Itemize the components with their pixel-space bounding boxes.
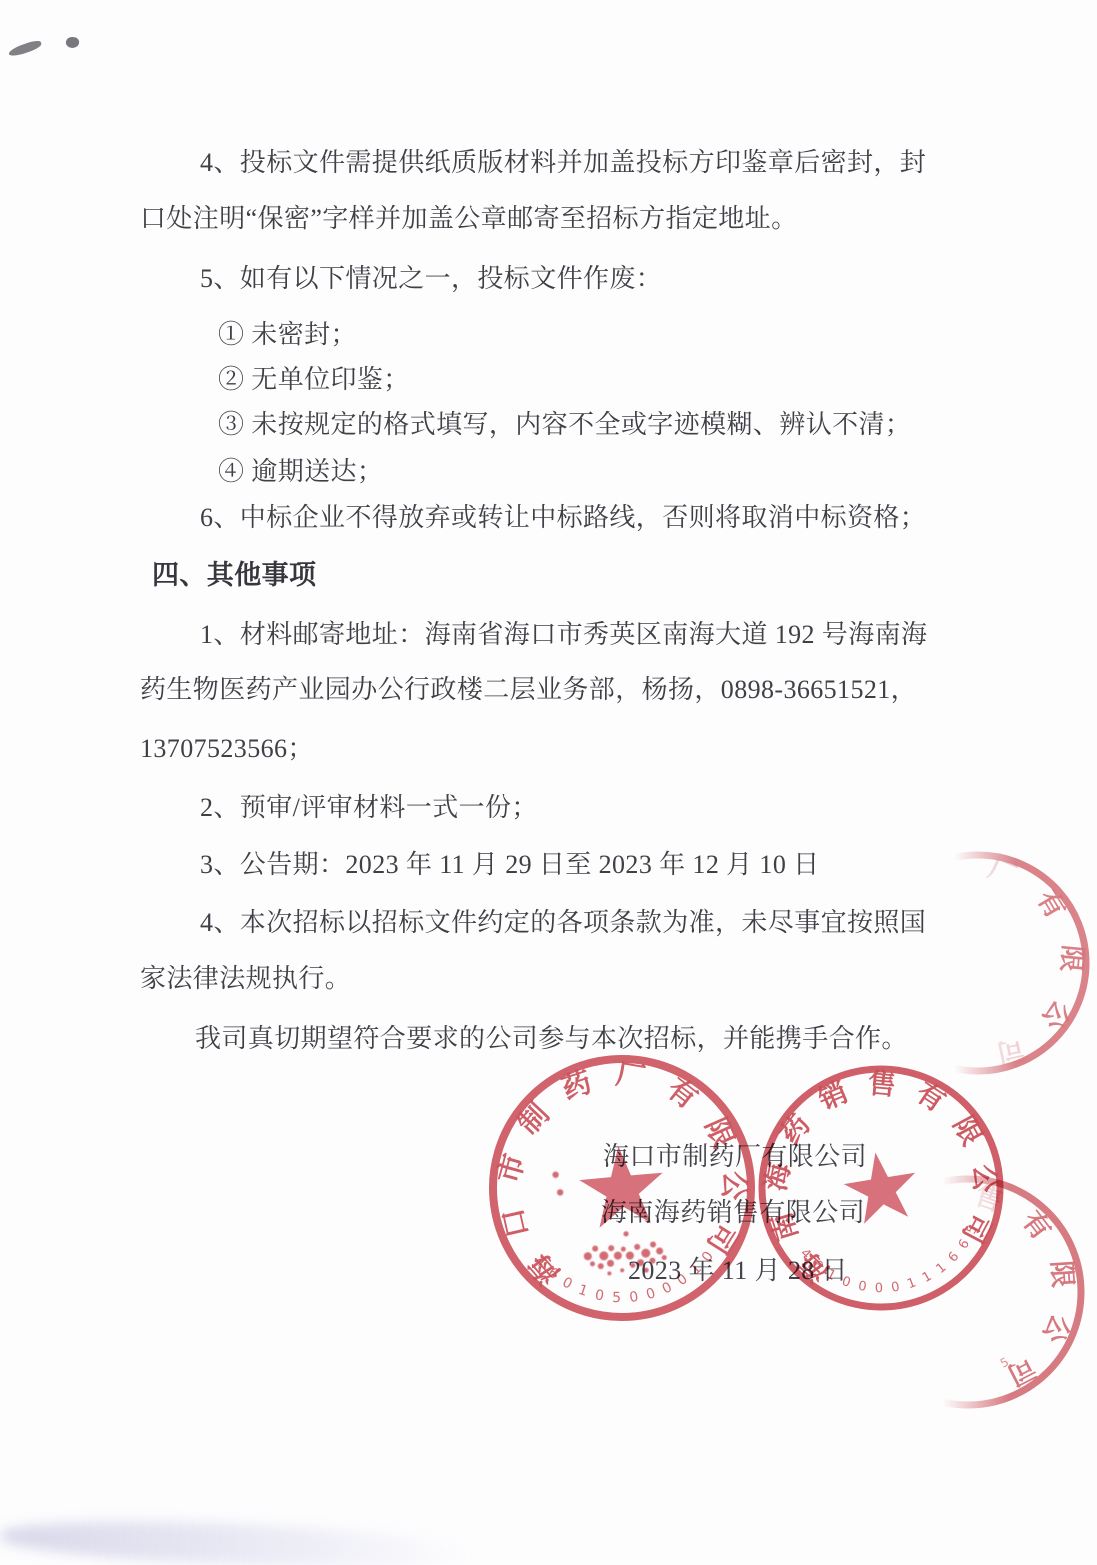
other-item-1-line-1: 1、材料邮寄地址：海南省海口市秀英区南海大道 192 号海南海 (200, 618, 927, 652)
list-item-2: ② 无单位印鉴； (218, 363, 410, 397)
svg-text:售有限公司: 售有限公司 (971, 1179, 1080, 1401)
section-heading: 四、其他事项 (152, 558, 316, 592)
company-seal-right: 海南海药销售有限公司 4610000111665 (735, 1042, 1028, 1335)
signature-company-1: 海口市制药厂有限公司 (603, 1140, 867, 1174)
list-item-3: ③ 未按规定的格式填写，内容不全或字迹模糊、辨认不清； (218, 408, 911, 442)
other-item-1-line-2: 药生物医药产业园办公行政楼二层业务部，杨扬，0898-36651521， (140, 673, 917, 707)
other-item-2: 2、预审/评审材料一式一份； (200, 791, 538, 825)
closing-line: 我司真切期望符合要求的公司参与本次招标，并能携手合作。 (195, 1022, 908, 1056)
list-item-1: ① 未密封； (218, 318, 357, 352)
svg-text:厂有限公司: 厂有限公司 (969, 853, 1088, 1074)
seal-serial: 5 (998, 1355, 1011, 1371)
paragraph-6: 6、中标企业不得放弃或转让中标路线，否则将取消中标资格； (200, 501, 926, 535)
scanned-document-page: 4、投标文件需提供纸质版材料并加盖投标方印鉴章后密封，封 口处注明“保密”字样并… (0, 0, 1097, 1565)
list-item-4: ④ 逾期送达； (218, 455, 383, 489)
edge-seal-bottom: 售有限公司 5 (840, 1164, 1096, 1420)
scan-speck (7, 39, 42, 58)
other-item-4-line-1: 4、本次招标以招标文件约定的各项条款为准，未尽事宜按照国 (200, 906, 926, 940)
paragraph-4-line-1: 4、投标文件需提供纸质版材料并加盖投标方印鉴章后密封，封 (200, 146, 926, 180)
seal-ring-text: 厂有限公司 (969, 853, 1088, 1074)
seal-ring (855, 1179, 1081, 1405)
seal-ring-text: 售有限公司 (971, 1179, 1080, 1401)
paragraph-5: 5、如有以下情况之一，投标文件作废： (200, 262, 662, 296)
scan-speck (65, 36, 80, 49)
signature-date: 2023 年 11 月 28 日 (628, 1254, 848, 1288)
other-item-3: 3、公告期：2023 年 11 月 29 日至 2023 年 12 月 10 日 (200, 848, 820, 882)
signature-company-2: 海南海药销售有限公司 (601, 1196, 865, 1230)
other-item-4-line-2: 家法律法规执行。 (140, 962, 351, 996)
paragraph-4-line-2: 口处注明“保密”字样并加盖公章邮寄至招标方指定地址。 (140, 202, 797, 236)
other-item-1-line-3: 13707523566； (140, 732, 314, 766)
scan-smudge (0, 1516, 471, 1565)
company-seal-left: 海口市制药厂有限公司 4601050000102 (470, 1036, 773, 1339)
